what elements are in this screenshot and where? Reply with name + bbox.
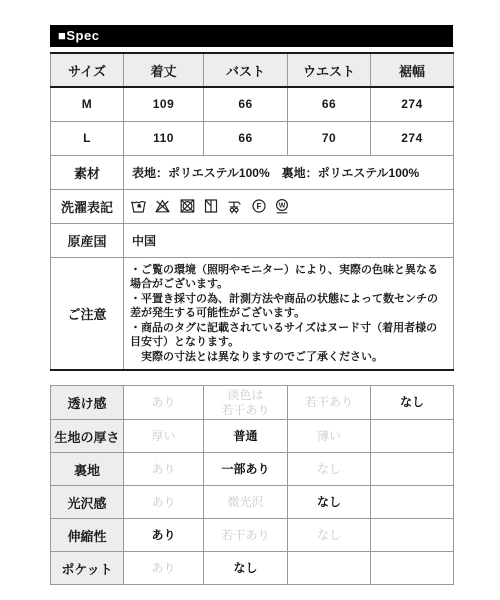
product-spec-page: { "header": { "title": "■Spec" }, "color… <box>0 0 500 600</box>
feature-option: 若干あり <box>288 386 371 420</box>
measure-value: 109 <box>124 87 204 121</box>
col-header-bust: バスト <box>204 53 288 87</box>
size-spec-table: サイズ 着丈 バスト ウエスト 裾幅 M 109 66 66 274 L 110… <box>50 52 454 371</box>
feature-option-selected: なし <box>288 486 371 519</box>
feature-option: 淡色は 若干あり <box>204 386 288 420</box>
wet-clean-w-icon: W <box>274 198 290 214</box>
feature-label: 裏地 <box>51 453 124 486</box>
feature-option-empty <box>288 552 371 585</box>
col-header-hem: 裾幅 <box>371 53 454 87</box>
feature-option-empty <box>371 519 454 552</box>
feature-option-empty <box>371 420 454 453</box>
size-row-l: L 110 66 70 274 <box>51 121 454 155</box>
feature-option: あり <box>124 552 204 585</box>
spec-title: ■Spec <box>58 28 99 43</box>
feature-label: 伸縮性 <box>51 519 124 552</box>
material-value: 表地：ポリエステル100% 裏地：ポリエステル100% <box>124 155 454 189</box>
feature-option: 若干あり <box>204 519 288 552</box>
feature-option-empty <box>371 552 454 585</box>
notice-row: ご注意 ・ご覧の環境（照明やモニター）により、実際の色味と異なる場合がございます… <box>51 257 454 370</box>
feature-row-gloss: 光沢感 あり 微光沢 なし <box>51 486 454 519</box>
measure-value: 70 <box>288 121 371 155</box>
feature-option: なし <box>288 453 371 486</box>
col-header-length: 着丈 <box>124 53 204 87</box>
measure-value: 66 <box>204 87 288 121</box>
size-table-header-row: サイズ 着丈 バスト ウエスト 裾幅 <box>51 53 454 87</box>
feature-label: 光沢感 <box>51 486 124 519</box>
svg-text:F: F <box>256 202 261 211</box>
measure-value: 274 <box>371 121 454 155</box>
hand-wash-icon <box>130 198 147 214</box>
material-label: 素材 <box>51 155 124 189</box>
do-not-tumble-dry-icon <box>179 198 196 214</box>
laundry-icons: F W <box>124 189 454 223</box>
col-header-waist: ウエスト <box>288 53 371 87</box>
feature-row-stretch: 伸縮性 あり 若干あり なし <box>51 519 454 552</box>
feature-table: 透け感 あり 淡色は 若干あり 若干あり なし 生地の厚さ 厚い 普通 薄い 裏… <box>50 385 454 585</box>
feature-label: ポケット <box>51 552 124 585</box>
feature-option-selected: あり <box>124 519 204 552</box>
feature-label: 透け感 <box>51 386 124 420</box>
feature-option-selected: 普通 <box>204 420 288 453</box>
size-label: M <box>51 87 124 121</box>
measure-value: 110 <box>124 121 204 155</box>
do-not-bleach-icon <box>154 198 171 214</box>
feature-row-pocket: ポケット あり なし <box>51 552 454 585</box>
svg-text:W: W <box>279 203 286 210</box>
laundry-label: 洗濯表記 <box>51 189 124 223</box>
feature-option: あり <box>124 486 204 519</box>
origin-value: 中国 <box>124 223 454 257</box>
feature-option: あり <box>124 453 204 486</box>
feature-row-thickness: 生地の厚さ 厚い 普通 薄い <box>51 420 454 453</box>
measure-value: 274 <box>371 87 454 121</box>
measure-value: 66 <box>204 121 288 155</box>
feature-option: なし <box>288 519 371 552</box>
material-row: 素材 表地：ポリエステル100% 裏地：ポリエステル100% <box>51 155 454 189</box>
feature-option-empty <box>371 486 454 519</box>
feature-row-lining: 裏地 あり 一部あり なし <box>51 453 454 486</box>
feature-option: あり <box>124 386 204 420</box>
spec-header-bar: ■Spec <box>50 25 453 47</box>
origin-row: 原産国 中国 <box>51 223 454 257</box>
feature-option-selected: なし <box>371 386 454 420</box>
size-row-m: M 109 66 66 274 <box>51 87 454 121</box>
notice-label: ご注意 <box>51 257 124 370</box>
feature-option: 厚い <box>124 420 204 453</box>
measure-value: 66 <box>288 87 371 121</box>
feature-label: 生地の厚さ <box>51 420 124 453</box>
size-label: L <box>51 121 124 155</box>
feature-option-empty <box>371 453 454 486</box>
feature-option: 微光沢 <box>204 486 288 519</box>
feature-row-sheerness: 透け感 あり 淡色は 若干あり 若干あり なし <box>51 386 454 420</box>
laundry-row: 洗濯表記 <box>51 189 454 223</box>
spec-section: ■Spec サイズ 着丈 バスト ウエスト 裾幅 M 109 66 66 274 <box>50 25 453 585</box>
shade-line-dry-icon <box>203 198 219 214</box>
notice-text: ・ご覧の環境（照明やモニター）により、実際の色味と異なる場合がございます。 ・平… <box>124 257 454 370</box>
feature-option: 薄い <box>288 420 371 453</box>
iron-low-icon <box>226 198 243 214</box>
col-header-size: サイズ <box>51 53 124 87</box>
dry-clean-f-icon: F <box>251 198 267 214</box>
feature-option-selected: なし <box>204 552 288 585</box>
feature-option-selected: 一部あり <box>204 453 288 486</box>
origin-label: 原産国 <box>51 223 124 257</box>
